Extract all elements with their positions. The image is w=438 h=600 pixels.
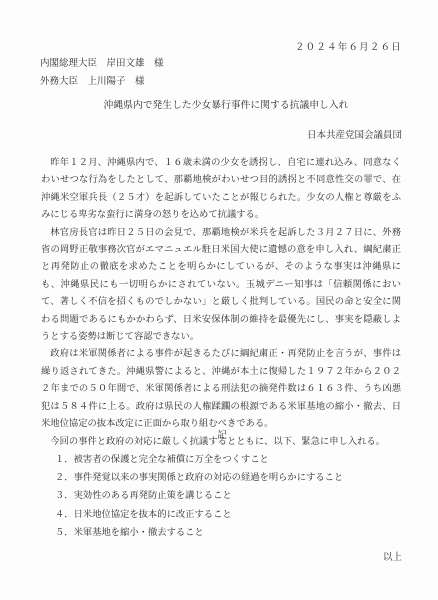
closing-mark: 以上	[383, 549, 402, 563]
demand-item: ３．実効性のある再発防止策を講じること	[55, 487, 343, 505]
document-page: ２０２４年６月２６日 内閣総理大臣 岸田文雄 様 外務大臣 上川陽子 様 沖縄県…	[0, 0, 438, 600]
demands-list: １．被害者の保護と完全な補償に万全をつくすこと ２．事件発覚以来の事実関係と政府…	[55, 451, 343, 542]
document-body: 昨年１２月、沖縄県内で、１６歳未満の少女を誘拐し、自宅に連れ込み、同意なくわいせ…	[41, 154, 401, 450]
demand-item: ５．米軍基地を縮小・撤去すること	[55, 524, 343, 542]
addressee-foreign-minister: 外務大臣 上川陽子 様	[40, 73, 145, 87]
document-title: 沖縄県内で発生した少女暴行事件に関する抗議申し入れ	[0, 97, 438, 111]
addressee-prime-minister: 内閣総理大臣 岸田文雄 様	[40, 55, 164, 69]
paragraph: 昨年１２月、沖縄県内で、１６歳未満の少女を誘拐し、自宅に連れ込み、同意なくわいせ…	[41, 154, 401, 224]
demand-item: １．被害者の保護と完全な補償に万全をつくすこと	[55, 451, 343, 469]
paragraph: 林官房長官は昨日２５日の会見で、那覇地検が米兵を起訴した３月２７日に、外務省の岡…	[41, 224, 401, 346]
demand-item: ２．事件発覚以来の事実関係と政府の対応の経過を明らかにすること	[55, 469, 343, 487]
document-date: ２０２４年６月２６日	[295, 39, 402, 53]
ki-heading: 記	[0, 427, 438, 441]
document-sender: 日本共産党国会議員団	[307, 127, 402, 141]
paragraph: 政府は米軍関係者による事件が起きるたびに綱紀粛正・再発防止を言うが、事件は繰り返…	[41, 345, 401, 432]
demand-item: ４．日米地位協定を抜本的に改正すること	[55, 506, 343, 524]
